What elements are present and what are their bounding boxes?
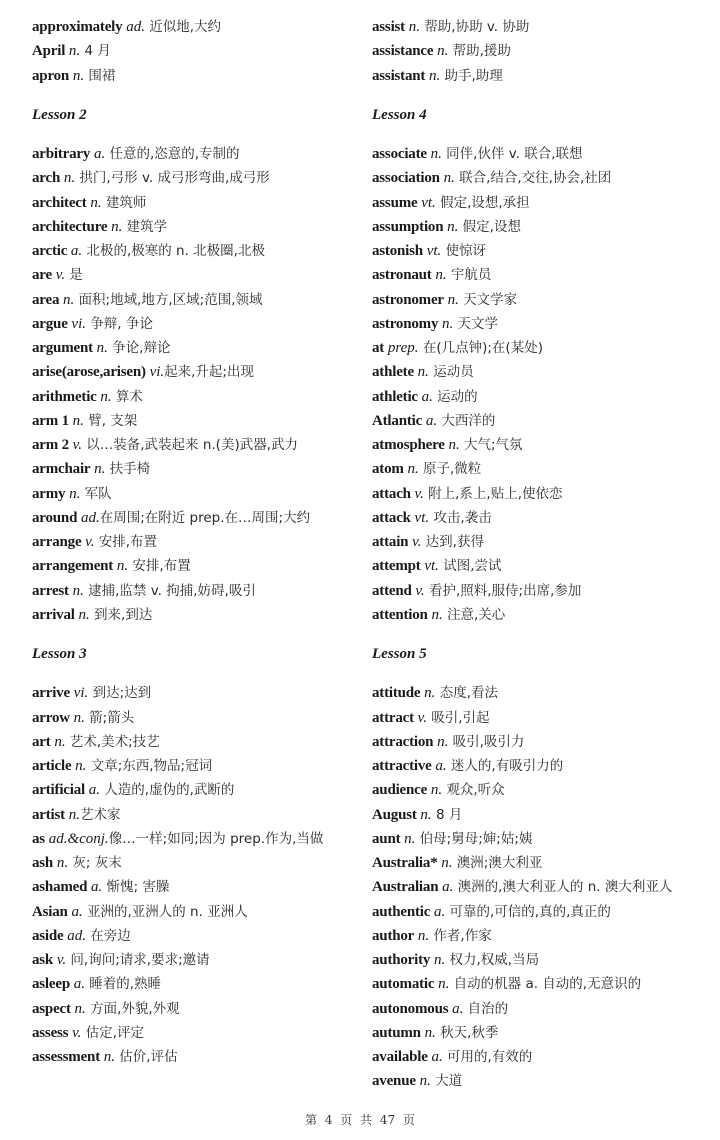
part-of-speech: n. bbox=[437, 43, 448, 59]
lesson-heading: Lesson 2 bbox=[32, 103, 350, 127]
vocab-entry: association n. 联合,结合,交往,协会,社团 bbox=[372, 166, 690, 190]
vocab-entry: architect n. 建筑师 bbox=[32, 191, 350, 215]
vocab-entry: attract v. 吸引,引起 bbox=[372, 706, 690, 730]
left-column: approximately ad. 近似地,大约April n. 4 月apro… bbox=[32, 15, 350, 1069]
headword: attach bbox=[372, 486, 411, 502]
headword: Australia* bbox=[372, 855, 438, 871]
definition: 假定,设想 bbox=[458, 219, 521, 235]
vocab-entry: astronomer n. 天文学家 bbox=[372, 288, 690, 312]
part-of-speech: n. bbox=[442, 316, 453, 332]
vocab-entry: arbitrary a. 任意的,恣意的,专制的 bbox=[32, 142, 350, 166]
headword: assume bbox=[372, 195, 417, 211]
part-of-speech: n. bbox=[111, 219, 122, 235]
definition: 在旁边 bbox=[86, 928, 131, 944]
definition: 箭;箭头 bbox=[85, 710, 134, 726]
vocab-entry: arch n. 拱门,弓形 v. 成弓形弯曲,成弓形 bbox=[32, 166, 350, 190]
headword: astonish bbox=[372, 243, 423, 259]
part-of-speech: v. bbox=[57, 952, 66, 968]
document-page: approximately ad. 近似地,大约April n. 4 月apro… bbox=[0, 0, 720, 1140]
definition: 争论,辩论 bbox=[108, 340, 171, 356]
vocab-entry: attack vt. 攻击,袭击 bbox=[372, 506, 690, 530]
vocab-entry: author n. 作者,作家 bbox=[372, 924, 690, 948]
headword: approximately bbox=[32, 19, 122, 35]
definition: 到来,到达 bbox=[90, 607, 153, 623]
vocab-entry: arrangement n. 安排,布置 bbox=[32, 554, 350, 578]
definition: 围裙 bbox=[84, 68, 115, 84]
headword: art bbox=[32, 734, 51, 750]
headword: apron bbox=[32, 68, 69, 84]
headword: attend bbox=[372, 583, 412, 599]
definition: 估价,评估 bbox=[115, 1049, 178, 1065]
headword: assistant bbox=[372, 68, 425, 84]
definition: 艺术,美术;技艺 bbox=[66, 734, 160, 750]
headword: atom bbox=[372, 461, 404, 477]
headword: argue bbox=[32, 316, 68, 332]
part-of-speech: n. bbox=[418, 928, 429, 944]
headword: associate bbox=[372, 146, 427, 162]
vocab-entry: arrest n. 逮捕,监禁 v. 拘捕,妨碍,吸引 bbox=[32, 579, 350, 603]
vocab-entry: attempt vt. 试图,尝试 bbox=[372, 554, 690, 578]
headword: authority bbox=[372, 952, 430, 968]
part-of-speech: n. bbox=[448, 292, 459, 308]
headword: astronomy bbox=[372, 316, 438, 332]
part-of-speech: a. bbox=[435, 758, 446, 774]
definition: 睡着的,熟睡 bbox=[85, 976, 161, 992]
part-of-speech: n. bbox=[431, 146, 442, 162]
part-of-speech: n. bbox=[448, 437, 459, 453]
definition: 8 月 bbox=[432, 807, 463, 823]
vocab-entry: article n. 文章;东西,物品;冠词 bbox=[32, 754, 350, 778]
vocab-entry: Australia* n. 澳洲;澳大利亚 bbox=[372, 851, 690, 875]
vocab-entry: autonomous a. 自治的 bbox=[372, 997, 690, 1021]
headword: ash bbox=[32, 855, 53, 871]
headword: April bbox=[32, 43, 65, 59]
part-of-speech: n. bbox=[429, 68, 440, 84]
headword: athletic bbox=[372, 389, 418, 405]
vocab-entry: argument n. 争论,辩论 bbox=[32, 336, 350, 360]
definition: 人造的,虚伪的,武断的 bbox=[100, 782, 234, 798]
part-of-speech: ad. bbox=[67, 928, 86, 944]
headword: arm 1 bbox=[32, 413, 69, 429]
part-of-speech: n. bbox=[409, 19, 420, 35]
part-of-speech: a. bbox=[89, 782, 100, 798]
headword: arithmetic bbox=[32, 389, 97, 405]
vocab-entry: Atlantic a. 大西洋的 bbox=[372, 409, 690, 433]
headword: astronomer bbox=[372, 292, 444, 308]
definition: 像…一样;如同;因为 prep.作为,当做 bbox=[109, 831, 324, 847]
vocab-entry: armchair n. 扶手椅 bbox=[32, 457, 350, 481]
part-of-speech: n. bbox=[97, 340, 108, 356]
part-of-speech: n. bbox=[74, 710, 85, 726]
vocab-entry: attach v. 附上,系上,贴上,使依恋 bbox=[372, 482, 690, 506]
headword: attack bbox=[372, 510, 411, 526]
headword: architect bbox=[32, 195, 87, 211]
headword: armchair bbox=[32, 461, 90, 477]
page-footer: 第 4 页 共 47 页 bbox=[0, 1111, 720, 1128]
part-of-speech: v. bbox=[73, 437, 82, 453]
definition: 4 月 bbox=[80, 43, 111, 59]
vocab-entry: approximately ad. 近似地,大约 bbox=[32, 15, 350, 39]
definition: 吸引,吸引力 bbox=[448, 734, 524, 750]
definition: 试图,尝试 bbox=[439, 558, 502, 574]
vocab-entry: assistant n. 助手,助理 bbox=[372, 64, 690, 88]
vocab-entry: astonish vt. 使惊讶 bbox=[372, 239, 690, 263]
part-of-speech: a. bbox=[422, 389, 433, 405]
definition: 在周围;在附近 prep.在…周围;大约 bbox=[100, 510, 310, 526]
vocab-entry: arm 1 n. 臂, 支架 bbox=[32, 409, 350, 433]
part-of-speech: a. bbox=[71, 904, 82, 920]
vocab-entry: available a. 可用的,有效的 bbox=[372, 1045, 690, 1069]
headword: around bbox=[32, 510, 77, 526]
vocab-entry: associate n. 同伴,伙伴 v. 联合,联想 bbox=[372, 142, 690, 166]
definition: 起来,升起;出现 bbox=[164, 364, 254, 380]
headword: aunt bbox=[372, 831, 400, 847]
headword: article bbox=[32, 758, 71, 774]
vocab-entry: apron n. 围裙 bbox=[32, 64, 350, 88]
headword: area bbox=[32, 292, 59, 308]
definition: 原子,微粒 bbox=[419, 461, 482, 477]
definition: 大道 bbox=[431, 1073, 462, 1089]
definition: 迷人的,有吸引力的 bbox=[447, 758, 564, 774]
headword: assistance bbox=[372, 43, 433, 59]
headword: authentic bbox=[372, 904, 430, 920]
vocab-entry: arithmetic n. 算术 bbox=[32, 385, 350, 409]
vocab-entry: artist n.艺术家 bbox=[32, 803, 350, 827]
vocab-entry: athletic a. 运动的 bbox=[372, 385, 690, 409]
definition: 自动的机器 a. 自动的,无意识的 bbox=[449, 976, 641, 992]
part-of-speech: n. bbox=[73, 583, 84, 599]
headword: aside bbox=[32, 928, 64, 944]
headword: assist bbox=[372, 19, 405, 35]
definition: 运动的 bbox=[433, 389, 478, 405]
headword: arrest bbox=[32, 583, 69, 599]
headword: arrangement bbox=[32, 558, 113, 574]
vocab-entry: assistance n. 帮助,援助 bbox=[372, 39, 690, 63]
part-of-speech: n. bbox=[418, 364, 429, 380]
vocab-entry: April n. 4 月 bbox=[32, 39, 350, 63]
definition: 达到,获得 bbox=[421, 534, 484, 550]
part-of-speech: v. bbox=[415, 486, 424, 502]
part-of-speech: n. bbox=[75, 758, 86, 774]
part-of-speech: n. bbox=[69, 43, 80, 59]
headword: as bbox=[32, 831, 45, 847]
vocab-entry: autumn n. 秋天,秋季 bbox=[372, 1021, 690, 1045]
vocab-entry: avenue n. 大道 bbox=[372, 1069, 690, 1093]
part-of-speech: n. bbox=[425, 1025, 436, 1041]
definition: 方面,外貌,外观 bbox=[86, 1001, 180, 1017]
part-of-speech: a. bbox=[442, 879, 453, 895]
definition: 安排,布置 bbox=[94, 534, 157, 550]
headword: arch bbox=[32, 170, 60, 186]
vocab-entry: Asian a. 亚洲的,亚洲人的 n. 亚洲人 bbox=[32, 900, 350, 924]
headword: arctic bbox=[32, 243, 67, 259]
part-of-speech: n. bbox=[444, 170, 455, 186]
part-of-speech: n. bbox=[431, 607, 442, 623]
headword: August bbox=[372, 807, 417, 823]
headword: arrive bbox=[32, 685, 70, 701]
vocab-entry: automatic n. 自动的机器 a. 自动的,无意识的 bbox=[372, 972, 690, 996]
definition: 文章;东西,物品;冠词 bbox=[86, 758, 212, 774]
definition: 宇航员 bbox=[447, 267, 492, 283]
part-of-speech: n. bbox=[69, 486, 80, 502]
definition: 天文学家 bbox=[459, 292, 517, 308]
vocab-entry: artificial a. 人造的,虚伪的,武断的 bbox=[32, 778, 350, 802]
definition: 近似地,大约 bbox=[145, 19, 221, 35]
headword: asleep bbox=[32, 976, 70, 992]
part-of-speech: n. bbox=[75, 1001, 86, 1017]
definition: 惭愧; 害臊 bbox=[102, 879, 169, 895]
headword: attention bbox=[372, 607, 428, 623]
part-of-speech: vi. bbox=[150, 364, 165, 380]
part-of-speech: v. bbox=[412, 534, 421, 550]
headword: ask bbox=[32, 952, 53, 968]
headword: arm 2 bbox=[32, 437, 69, 453]
vocab-entry: astronomy n. 天文学 bbox=[372, 312, 690, 336]
part-of-speech: n. bbox=[100, 389, 111, 405]
vocab-entry: as ad.&conj.像…一样;如同;因为 prep.作为,当做 bbox=[32, 827, 350, 851]
definition: 吸引,引起 bbox=[427, 710, 490, 726]
definition: 扶手椅 bbox=[105, 461, 150, 477]
vocab-entry: ash n. 灰; 灰末 bbox=[32, 851, 350, 875]
part-of-speech: n. bbox=[104, 1049, 115, 1065]
headword: astronaut bbox=[372, 267, 432, 283]
vocab-entry: astronaut n. 宇航员 bbox=[372, 263, 690, 287]
vocab-entry: asleep a. 睡着的,熟睡 bbox=[32, 972, 350, 996]
definition: 军队 bbox=[80, 486, 111, 502]
definition: 拱门,弓形 v. 成弓形弯曲,成弓形 bbox=[75, 170, 270, 186]
definition: 臂, 支架 bbox=[84, 413, 137, 429]
headword: audience bbox=[372, 782, 427, 798]
definition: 大气;气氛 bbox=[460, 437, 523, 453]
definition: 同伴,伙伴 v. 联合,联想 bbox=[442, 146, 583, 162]
vocab-entry: art n. 艺术,美术;技艺 bbox=[32, 730, 350, 754]
part-of-speech: vt. bbox=[421, 195, 436, 211]
headword: attraction bbox=[372, 734, 433, 750]
definition: 面积;地域,地方,区域;范围,领域 bbox=[74, 292, 262, 308]
headword: aspect bbox=[32, 1001, 71, 1017]
part-of-speech: vi. bbox=[71, 316, 86, 332]
definition: 安排,布置 bbox=[128, 558, 191, 574]
part-of-speech: n. bbox=[79, 607, 90, 623]
definition: 观众,听众 bbox=[442, 782, 505, 798]
vocab-entry: Australian a. 澳洲的,澳大利亚人的 n. 澳大利亚人 bbox=[372, 875, 690, 899]
part-of-speech: ad. bbox=[81, 510, 100, 526]
headword: attractive bbox=[372, 758, 432, 774]
part-of-speech: vt. bbox=[424, 558, 439, 574]
vocab-entry: August n. 8 月 bbox=[372, 803, 690, 827]
vocab-entry: assess v. 估定,评定 bbox=[32, 1021, 350, 1045]
vocab-entry: arise(arose,arisen) vi.起来,升起;出现 bbox=[32, 360, 350, 384]
headword: author bbox=[372, 928, 414, 944]
part-of-speech: n. bbox=[64, 170, 75, 186]
vocab-entry: atom n. 原子,微粒 bbox=[372, 457, 690, 481]
vocab-entry: assessment n. 估价,评估 bbox=[32, 1045, 350, 1069]
headword: autumn bbox=[372, 1025, 421, 1041]
lesson-heading: Lesson 3 bbox=[32, 642, 350, 666]
part-of-speech: v. bbox=[72, 1025, 81, 1041]
vocab-entry: attention n. 注意,关心 bbox=[372, 603, 690, 627]
vocab-entry: are v. 是 bbox=[32, 263, 350, 287]
part-of-speech: n. bbox=[434, 952, 445, 968]
headword: attract bbox=[372, 710, 414, 726]
headword: Australian bbox=[372, 879, 438, 895]
part-of-speech: n. bbox=[431, 782, 442, 798]
lesson-heading: Lesson 4 bbox=[372, 103, 690, 127]
part-of-speech: n. bbox=[441, 855, 452, 871]
definition: 作者,作家 bbox=[429, 928, 492, 944]
vocab-entry: athlete n. 运动员 bbox=[372, 360, 690, 384]
part-of-speech: ad. bbox=[126, 19, 145, 35]
vocab-entry: architecture n. 建筑学 bbox=[32, 215, 350, 239]
part-of-speech: vi. bbox=[74, 685, 89, 701]
headword: arbitrary bbox=[32, 146, 90, 162]
headword: Asian bbox=[32, 904, 68, 920]
part-of-speech: n. bbox=[438, 976, 449, 992]
definition: 可靠的,可信的,真的,真正的 bbox=[445, 904, 611, 920]
headword: ashamed bbox=[32, 879, 87, 895]
definition: 自治的 bbox=[463, 1001, 508, 1017]
part-of-speech: a. bbox=[71, 243, 82, 259]
part-of-speech: n. bbox=[420, 807, 431, 823]
definition: 北极的,极寒的 n. 北极圈,北极 bbox=[82, 243, 265, 259]
vocab-entry: assume vt. 假定,设想,承担 bbox=[372, 191, 690, 215]
headword: assess bbox=[32, 1025, 68, 1041]
vocab-entry: aspect n. 方面,外貌,外观 bbox=[32, 997, 350, 1021]
definition: 助手,助理 bbox=[440, 68, 503, 84]
definition: 附上,系上,贴上,使依恋 bbox=[424, 486, 563, 502]
headword: argument bbox=[32, 340, 93, 356]
part-of-speech: n. bbox=[420, 1073, 431, 1089]
headword: Atlantic bbox=[372, 413, 422, 429]
part-of-speech: n. bbox=[94, 461, 105, 477]
vocab-entry: argue vi. 争辩, 争论 bbox=[32, 312, 350, 336]
part-of-speech: n. bbox=[69, 807, 80, 823]
definition: 澳洲;澳大利亚 bbox=[453, 855, 543, 871]
part-of-speech: ad.&conj. bbox=[49, 831, 109, 847]
lesson-heading: Lesson 5 bbox=[372, 642, 690, 666]
definition: 任意的,恣意的,专制的 bbox=[105, 146, 239, 162]
part-of-speech: vt. bbox=[427, 243, 442, 259]
part-of-speech: a. bbox=[434, 904, 445, 920]
definition: 运动员 bbox=[429, 364, 474, 380]
part-of-speech: n. bbox=[437, 734, 448, 750]
part-of-speech: a. bbox=[431, 1049, 442, 1065]
headword: autonomous bbox=[372, 1001, 448, 1017]
part-of-speech: a. bbox=[426, 413, 437, 429]
definition: 看护,照料,服侍;出席,参加 bbox=[425, 583, 582, 599]
part-of-speech: v. bbox=[56, 267, 65, 283]
definition: 逮捕,监禁 v. 拘捕,妨碍,吸引 bbox=[84, 583, 256, 599]
vocab-entry: attractive a. 迷人的,有吸引力的 bbox=[372, 754, 690, 778]
vocab-entry: audience n. 观众,听众 bbox=[372, 778, 690, 802]
headword: are bbox=[32, 267, 52, 283]
part-of-speech: a. bbox=[91, 879, 102, 895]
definition: 帮助,协助 v. 协助 bbox=[420, 19, 529, 35]
part-of-speech: n. bbox=[117, 558, 128, 574]
headword: atmosphere bbox=[372, 437, 445, 453]
vocab-entry: arrow n. 箭;箭头 bbox=[32, 706, 350, 730]
headword: attain bbox=[372, 534, 408, 550]
part-of-speech: n. bbox=[435, 267, 446, 283]
headword: architecture bbox=[32, 219, 107, 235]
vocab-entry: aside ad. 在旁边 bbox=[32, 924, 350, 948]
definition: 攻击,袭击 bbox=[429, 510, 492, 526]
headword: assumption bbox=[372, 219, 443, 235]
vocab-entry: attain v. 达到,获得 bbox=[372, 530, 690, 554]
vocab-entry: arrive vi. 到达;达到 bbox=[32, 681, 350, 705]
part-of-speech: n. bbox=[404, 831, 415, 847]
definition: 帮助,援助 bbox=[448, 43, 511, 59]
headword: attitude bbox=[372, 685, 420, 701]
definition: 可用的,有效的 bbox=[443, 1049, 533, 1065]
part-of-speech: vt. bbox=[415, 510, 430, 526]
part-of-speech: a. bbox=[74, 976, 85, 992]
vocab-entry: assist n. 帮助,协助 v. 协助 bbox=[372, 15, 690, 39]
vocab-entry: attraction n. 吸引,吸引力 bbox=[372, 730, 690, 754]
vocab-entry: area n. 面积;地域,地方,区域;范围,领域 bbox=[32, 288, 350, 312]
part-of-speech: a. bbox=[94, 146, 105, 162]
definition: 假定,设想,承担 bbox=[436, 195, 530, 211]
definition: 估定,评定 bbox=[81, 1025, 144, 1041]
definition: 建筑学 bbox=[122, 219, 167, 235]
headword: arrival bbox=[32, 607, 75, 623]
vocab-entry: arctic a. 北极的,极寒的 n. 北极圈,北极 bbox=[32, 239, 350, 263]
vocab-entry: ask v. 问,询问;请求,要求;邀请 bbox=[32, 948, 350, 972]
part-of-speech: n. bbox=[57, 855, 68, 871]
vocab-entry: army n. 军队 bbox=[32, 482, 350, 506]
definition: 权力,权威,当局 bbox=[445, 952, 539, 968]
definition: 争辩, 争论 bbox=[86, 316, 153, 332]
vocab-entry: arrival n. 到来,到达 bbox=[32, 603, 350, 627]
definition: 秋天,秋季 bbox=[436, 1025, 499, 1041]
headword: army bbox=[32, 486, 65, 502]
part-of-speech: n. bbox=[90, 195, 101, 211]
vocab-entry: attitude n. 态度,看法 bbox=[372, 681, 690, 705]
part-of-speech: v. bbox=[415, 583, 424, 599]
definition: 亚洲的,亚洲人的 n. 亚洲人 bbox=[83, 904, 248, 920]
headword: athlete bbox=[372, 364, 414, 380]
definition: 态度,看法 bbox=[435, 685, 498, 701]
vocab-entry: ashamed a. 惭愧; 害臊 bbox=[32, 875, 350, 899]
part-of-speech: n. bbox=[54, 734, 65, 750]
right-column: assist n. 帮助,协助 v. 协助assistance n. 帮助,援助… bbox=[372, 15, 690, 1094]
part-of-speech: a. bbox=[452, 1001, 463, 1017]
vocab-entry: arm 2 v. 以…装备,武装起来 n.(美)武器,武力 bbox=[32, 433, 350, 457]
vocab-entry: around ad.在周围;在附近 prep.在…周围;大约 bbox=[32, 506, 350, 530]
definition: 联合,结合,交往,协会,社团 bbox=[455, 170, 611, 186]
definition: 注意,关心 bbox=[443, 607, 506, 623]
headword: at bbox=[372, 340, 384, 356]
part-of-speech: n. bbox=[63, 292, 74, 308]
definition: 伯母;舅母;婶;姑;姨 bbox=[415, 831, 532, 847]
headword: available bbox=[372, 1049, 428, 1065]
definition: 灰; 灰末 bbox=[68, 855, 122, 871]
headword: arrange bbox=[32, 534, 81, 550]
definition: 使惊讶 bbox=[441, 243, 486, 259]
part-of-speech: n. bbox=[424, 685, 435, 701]
definition: 在(几点钟);在(某处) bbox=[419, 340, 543, 356]
part-of-speech: n. bbox=[447, 219, 458, 235]
part-of-speech: n. bbox=[73, 413, 84, 429]
headword: automatic bbox=[372, 976, 434, 992]
headword: arise(arose,arisen) bbox=[32, 364, 146, 380]
vocab-entry: authentic a. 可靠的,可信的,真的,真正的 bbox=[372, 900, 690, 924]
headword: association bbox=[372, 170, 440, 186]
definition: 算术 bbox=[112, 389, 143, 405]
headword: arrow bbox=[32, 710, 70, 726]
headword: avenue bbox=[372, 1073, 416, 1089]
vocab-entry: arrange v. 安排,布置 bbox=[32, 530, 350, 554]
